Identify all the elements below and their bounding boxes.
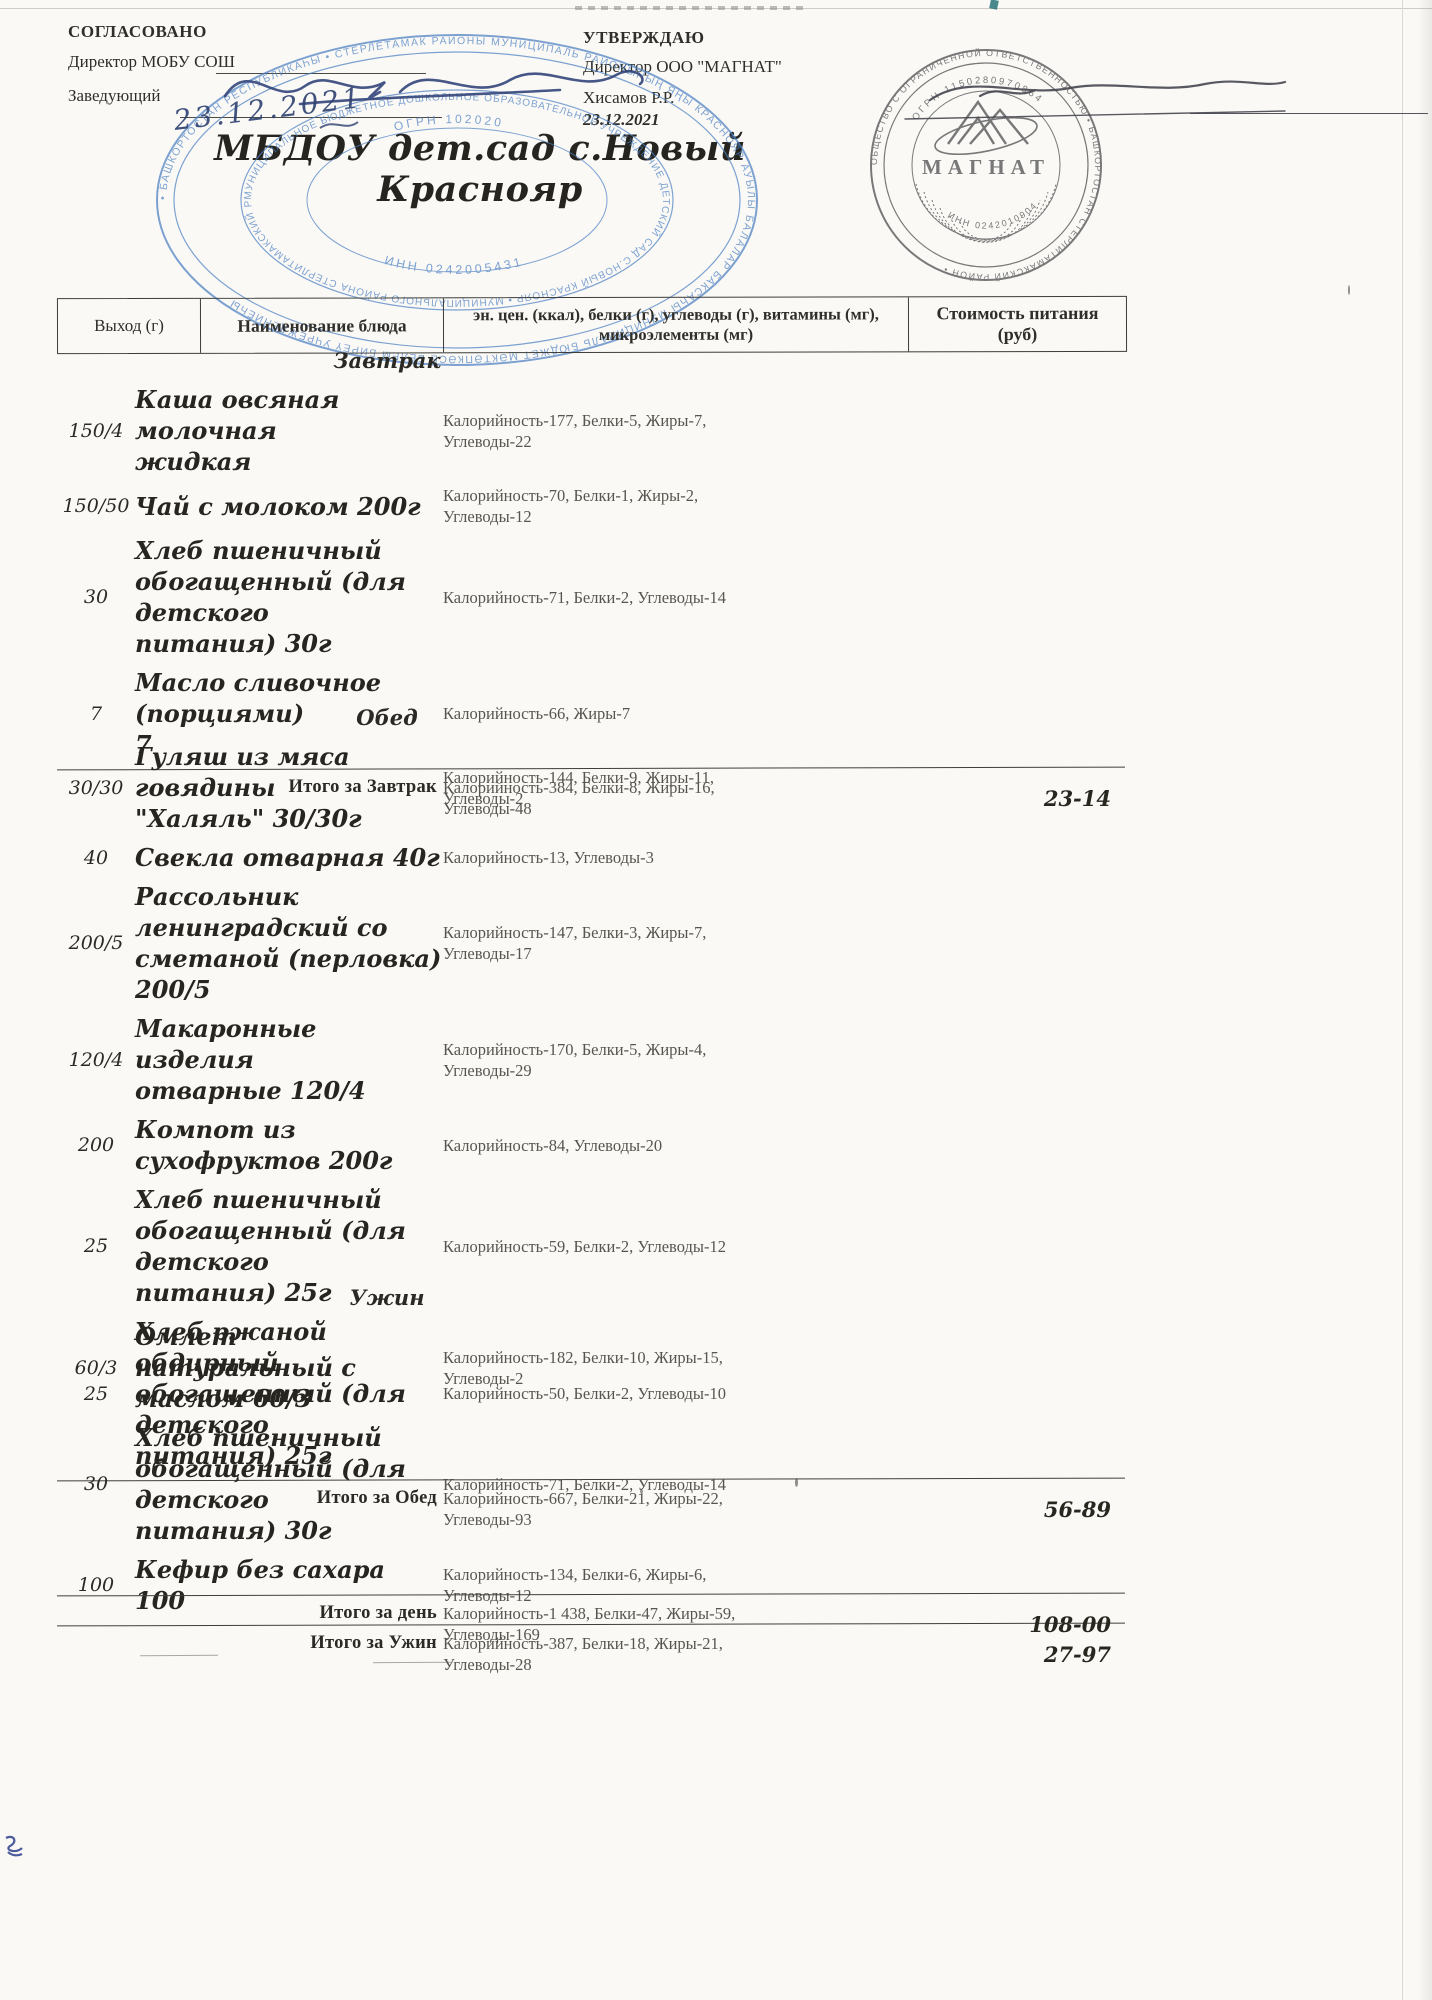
output-cell: 150/4: [57, 420, 135, 442]
dish-cell: Чай с молоком 200г: [135, 491, 443, 522]
dish-cell: Гуляш из мяса говядины "Халяль" 30/30г: [135, 741, 443, 834]
menu-row: 40Свекла отварная 40гКалорийность-13, Уг…: [57, 842, 1125, 873]
total-label: Итого за день: [57, 1603, 443, 1624]
output-cell: 200: [57, 1134, 135, 1156]
nutrition-cell: Калорийность-170, Белки-5, Жиры-4, Углев…: [443, 1039, 765, 1081]
menu-row: 30Хлеб пшеничный обогащенный (для детско…: [57, 535, 1125, 659]
menu-row: 30/30Гуляш из мяса говядины "Халяль" 30/…: [57, 741, 1125, 834]
section-title: Обед: [57, 705, 717, 733]
column-header-dish: Наименование блюда: [201, 298, 444, 353]
output-cell: 60/3: [57, 1357, 135, 1379]
nutrition-cell: Калорийность-84, Углеводы-20: [443, 1135, 765, 1156]
nutrition-cell: Калорийность-13, Углеводы-3: [443, 847, 765, 868]
approved-signature: [905, 82, 1285, 119]
day-total-row: Итого за деньКалорийность-1 438, Белки-4…: [57, 1603, 1125, 1645]
table-header: Выход (г) Наименование блюда эн. цен. (к…: [57, 296, 1127, 354]
output-cell: 150/50: [57, 495, 135, 517]
output-cell: 200/5: [57, 932, 135, 954]
output-cell: 30: [57, 586, 135, 608]
menu-row: 200/5Рассольник ленинградский со сметано…: [57, 881, 1125, 1005]
nutrition-cell: Калорийность-70, Белки-1, Жиры-2, Углево…: [443, 485, 765, 527]
nutrition-cell: Калорийность-71, Белки-2, Углеводы-14: [443, 1474, 765, 1495]
nutrition-cell: Калорийность-147, Белки-3, Жиры-7, Углев…: [443, 922, 765, 964]
dish-cell: Макаронные изделия отварные 120/4: [135, 1013, 443, 1106]
menu-row: 30Хлеб пшеничный обогащенный (для детско…: [57, 1422, 1125, 1546]
menu-row: 60/3Омлет натуральный с маслом 60/3Калор…: [57, 1321, 1125, 1414]
column-header-cost: Стоимость питания (руб): [909, 297, 1126, 351]
menu-row: 120/4Макаронные изделия отварные 120/4Ка…: [57, 1013, 1125, 1106]
menu-row: 200Компот из сухофруктов 200гКалорийност…: [57, 1114, 1125, 1176]
total-nutrition-cell: Калорийность-1 438, Белки-47, Жиры-59, У…: [443, 1603, 765, 1645]
nutrition-cell: Калорийность-59, Белки-2, Углеводы-12: [443, 1236, 765, 1257]
output-cell: 120/4: [57, 1049, 135, 1071]
scanned-menu-page: СОГЛАСОВАНО Директор МОБУ СОШ Заведующий…: [0, 0, 1432, 2000]
output-cell: 30/30: [57, 777, 135, 799]
nutrition-cell: Калорийность-177, Белки-5, Жиры-7, Углев…: [443, 410, 765, 452]
section-title: Ужин: [57, 1285, 717, 1313]
dish-cell: Рассольник ленинградский со сметаной (пе…: [135, 881, 443, 1005]
agreed-handwritten-date: 23.12.2021: [171, 81, 365, 137]
menu-row: 150/4Каша овсяная молочная жидкаяКалорий…: [57, 384, 1125, 477]
output-cell: 40: [57, 847, 135, 869]
dish-cell: Омлет натуральный с маслом 60/3: [135, 1321, 443, 1414]
day-total-section: Итого за деньКалорийность-1 438, Белки-4…: [57, 1590, 1125, 1651]
total-cost-cell: 108-00: [765, 1612, 1125, 1637]
column-header-output: Выход (г): [58, 299, 201, 353]
menu-row: 150/50Чай с молоком 200гКалорийность-70,…: [57, 485, 1125, 527]
separator-rule: [57, 1593, 1125, 1597]
dish-cell: Компот из сухофруктов 200г: [135, 1114, 443, 1176]
nutrition-cell: Калорийность-182, Белки-10, Жиры-15, Угл…: [443, 1347, 765, 1389]
nutrition-cell: Калорийность-71, Белки-2, Углеводы-14: [443, 587, 765, 608]
svg-text:23.12.2021: 23.12.2021: [171, 81, 365, 137]
dish-cell: Свекла отварная 40г: [135, 842, 443, 873]
dish-cell: Каша овсяная молочная жидкая: [135, 384, 443, 477]
column-header-nutrition: эн. цен. (ккал), белки (г), углеводы (г)…: [444, 297, 909, 352]
dish-cell: Хлеб пшеничный обогащенный (для детского…: [135, 1422, 443, 1546]
section-title: Завтрак: [57, 348, 717, 376]
dish-cell: Хлеб пшеничный обогащенный (для детского…: [135, 535, 443, 659]
nutrition-cell: Калорийность-144, Белки-9, Жиры-11, Угле…: [443, 767, 765, 809]
bottom-left-ink-mark: [2, 1832, 28, 1860]
output-cell: 30: [57, 1473, 135, 1495]
output-cell: 25: [57, 1235, 135, 1257]
